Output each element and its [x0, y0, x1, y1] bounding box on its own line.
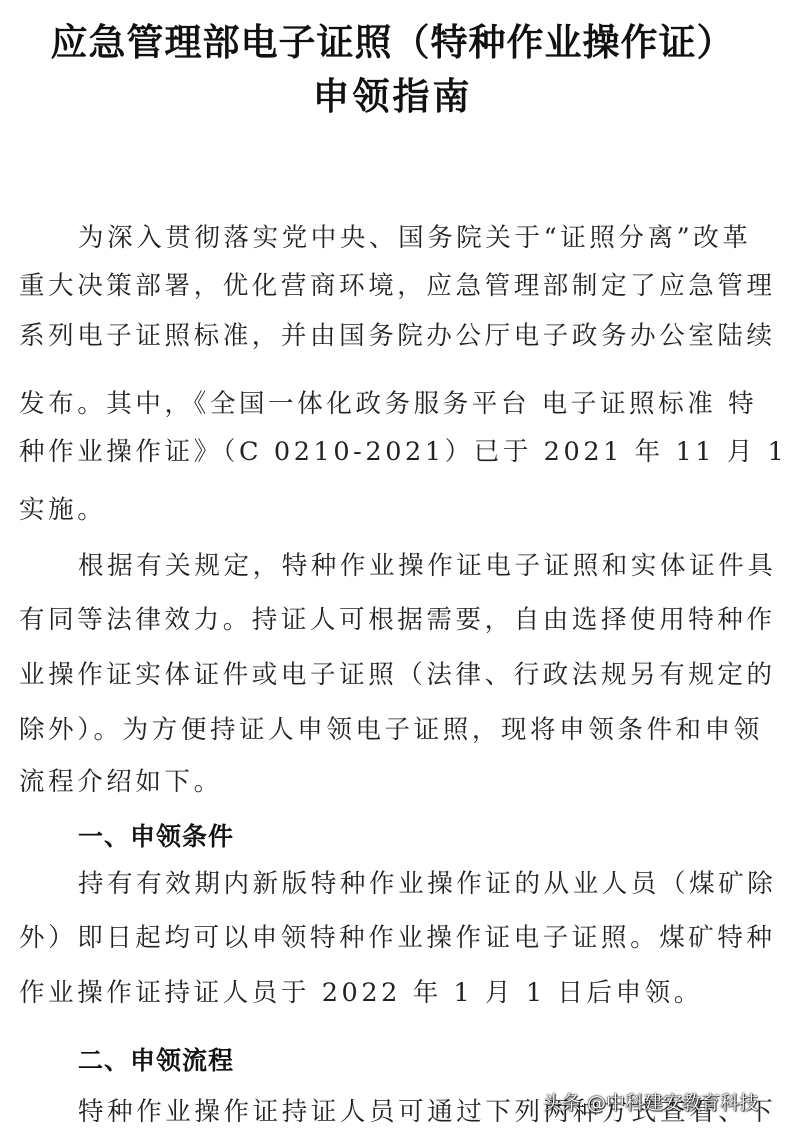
paragraph-line: 实施。 — [19, 490, 771, 526]
paragraph-line: 为深入贯彻落实党中央、国务院关于“证照分离”改革 — [78, 218, 771, 254]
paragraph-line: 流程介绍如下。 — [19, 762, 771, 798]
paragraph-line: 有同等法律效力。持证人可根据需要，自由选择使用特种作 — [19, 600, 771, 636]
paragraph-line: 业操作证实体证件或电子证照（法律、行政法规另有规定的 — [19, 655, 771, 691]
paragraph-line: 持有有效期内新版特种作业操作证的从业人员（煤矿除 — [78, 864, 771, 900]
watermark: 头条 @中科建安教育科技 — [543, 1088, 758, 1115]
paragraph-line: 重大决策部署，优化营商环境，应急管理部制定了应急管理 — [19, 266, 771, 302]
paragraph-line: 除外）。为方便持证人申领电子证照，现将申领条件和申领 — [19, 710, 771, 746]
paragraph-line: 作业操作证持证人员于 2022 年 1 月 1 日后申领。 — [19, 973, 771, 1009]
paragraph-line: 外）即日起均可以申领特种作业操作证电子证照。煤矿特种 — [19, 918, 771, 954]
document-title-line2: 申领指南 — [0, 66, 785, 120]
paragraph-line: 发布。其中，《全国一体化政务服务平台 电子证照标准 特 — [19, 384, 771, 420]
section-heading-conditions: 一、申领条件 — [78, 817, 234, 853]
paragraph-line: 系列电子证照标准，并由国务院办公厅电子政务办公室陆续 — [19, 316, 771, 352]
paragraph-line: 根据有关规定，特种作业操作证电子证照和实体证件具 — [78, 546, 771, 582]
section-heading-process: 二、申领流程 — [78, 1041, 234, 1077]
document-title-line1: 应急管理部电子证照（特种作业操作证） — [0, 12, 785, 66]
paragraph-line: 种作业操作证》（C 0210-2021）已于 2021 年 11 月 15 日起 — [19, 432, 771, 468]
